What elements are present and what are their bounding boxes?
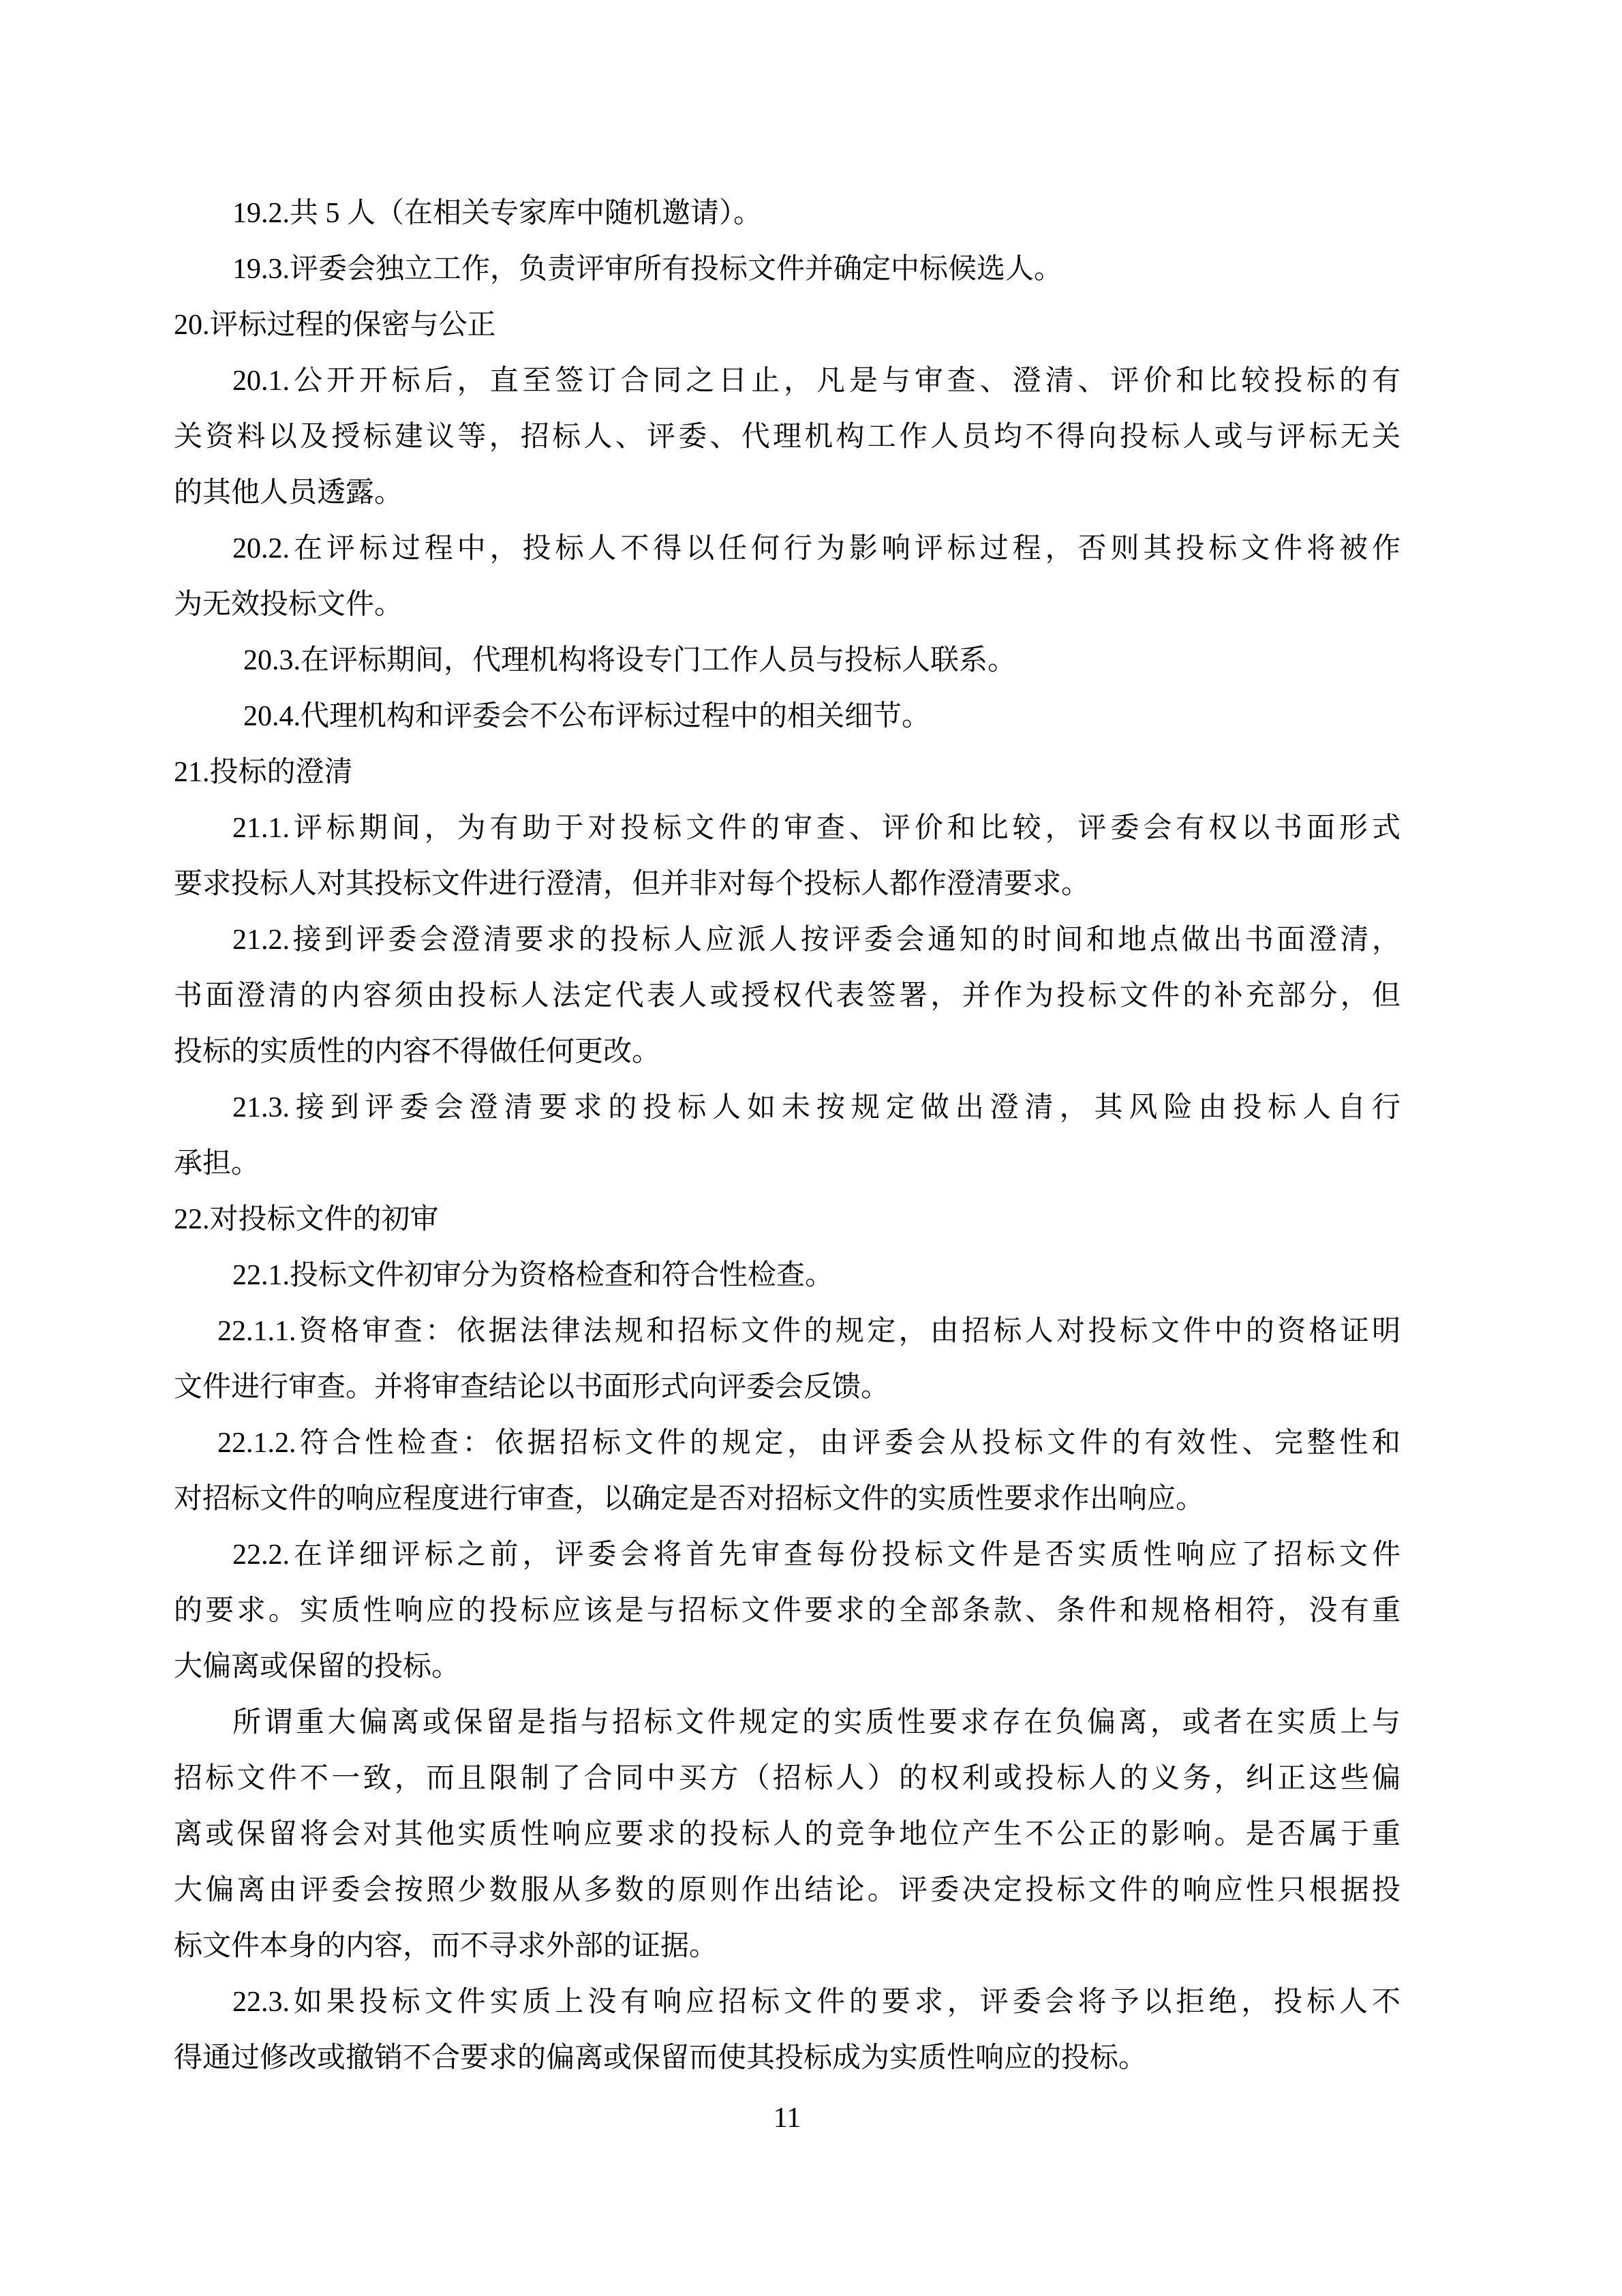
- text-line: 20.4.代理机构和评委会不公布评标过程中的相关细节。: [174, 689, 1401, 744]
- text-line: 为无效投标文件。: [174, 577, 1401, 633]
- text-line: 21.投标的澄清: [174, 744, 1401, 800]
- text-line: 要求投标人对其投标文件进行澄清，但并非对每个投标人都作澄清要求。: [174, 856, 1401, 912]
- text-line: 大偏离由评委会按照少数服从多数的原则作出结论。评委决定投标文件的响应性只根据投: [174, 1862, 1401, 1918]
- text-line: 关资料以及授标建议等，招标人、评委、代理机构工作人员均不得向投标人或与评标无关: [174, 409, 1401, 465]
- text-line: 标文件本身的内容，而不寻求外部的证据。: [174, 1918, 1401, 1974]
- text-line: 20.评标过程的保密与公正: [174, 297, 1401, 353]
- text-line: 承担。: [174, 1136, 1401, 1192]
- text-line: 大偏离或保留的投标。: [174, 1639, 1401, 1695]
- text-line: 22.2.在详细评标之前，评委会将首先审查每份投标文件是否实质性响应了招标文件: [174, 1527, 1401, 1583]
- text-line: 离或保留将会对其他实质性响应要求的投标人的竞争地位产生不公正的影响。是否属于重: [174, 1807, 1401, 1862]
- text-line: 20.2.在评标过程中，投标人不得以任何行为影响评标过程，否则其投标文件将被作: [174, 521, 1401, 577]
- document-body: 19.2.共 5 人（在相关专家库中随机邀请）。19.3.评委会独立工作，负责评…: [174, 185, 1401, 2086]
- text-line: 对招标文件的响应程度进行审查，以确定是否对招标文件的实质性要求作出响应。: [174, 1471, 1401, 1527]
- text-line: 所谓重大偏离或保留是指与招标文件规定的实质性要求存在负偏离，或者在实质上与: [174, 1695, 1401, 1751]
- text-line: 19.2.共 5 人（在相关专家库中随机邀请）。: [174, 185, 1401, 241]
- text-line: 22.1.2.符合性检查：依据招标文件的规定，由评委会从投标文件的有效性、完整性…: [174, 1415, 1401, 1471]
- page-number: 11: [174, 2101, 1401, 2135]
- text-line: 投标的实质性的内容不得做任何更改。: [174, 1024, 1401, 1080]
- text-line: 22.1.1.资格审查：依据法律法规和招标文件的规定，由招标人对投标文件中的资格…: [174, 1303, 1401, 1359]
- text-line: 21.3.接到评委会澄清要求的投标人如未按规定做出澄清，其风险由投标人自行: [174, 1080, 1401, 1136]
- text-line: 得通过修改或撤销不合要求的偏离或保留而使其投标成为实质性响应的投标。: [174, 2030, 1401, 2086]
- text-line: 文件进行审查。并将审查结论以书面形式向评委会反馈。: [174, 1359, 1401, 1415]
- text-line: 22.对投标文件的初审: [174, 1192, 1401, 1248]
- text-line: 的要求。实质性响应的投标应该是与招标文件要求的全部条款、条件和规格相符，没有重: [174, 1583, 1401, 1639]
- text-line: 21.1.评标期间，为有助于对投标文件的审查、评价和比较，评委会有权以书面形式: [174, 800, 1401, 856]
- document-page: 19.2.共 5 人（在相关专家库中随机邀请）。19.3.评委会独立工作，负责评…: [0, 0, 1622, 2296]
- text-line: 19.3.评委会独立工作，负责评审所有投标文件并确定中标候选人。: [174, 241, 1401, 297]
- text-line: 招标文件不一致，而且限制了合同中买方（招标人）的权利或投标人的义务，纠正这些偏: [174, 1751, 1401, 1807]
- text-line: 22.3.如果投标文件实质上没有响应招标文件的要求，评委会将予以拒绝，投标人不: [174, 1974, 1401, 2030]
- text-line: 20.1.公开开标后，直至签订合同之日止，凡是与审查、澄清、评价和比较投标的有: [174, 353, 1401, 409]
- text-line: 21.2.接到评委会澄清要求的投标人应派人按评委会通知的时间和地点做出书面澄清，: [174, 912, 1401, 968]
- text-line: 20.3.在评标期间，代理机构将设专门工作人员与投标人联系。: [174, 633, 1401, 689]
- text-line: 书面澄清的内容须由投标人法定代表人或授权代表签署，并作为投标文件的补充部分，但: [174, 968, 1401, 1024]
- text-line: 22.1.投标文件初审分为资格检查和符合性检查。: [174, 1248, 1401, 1303]
- text-line: 的其他人员透露。: [174, 465, 1401, 521]
